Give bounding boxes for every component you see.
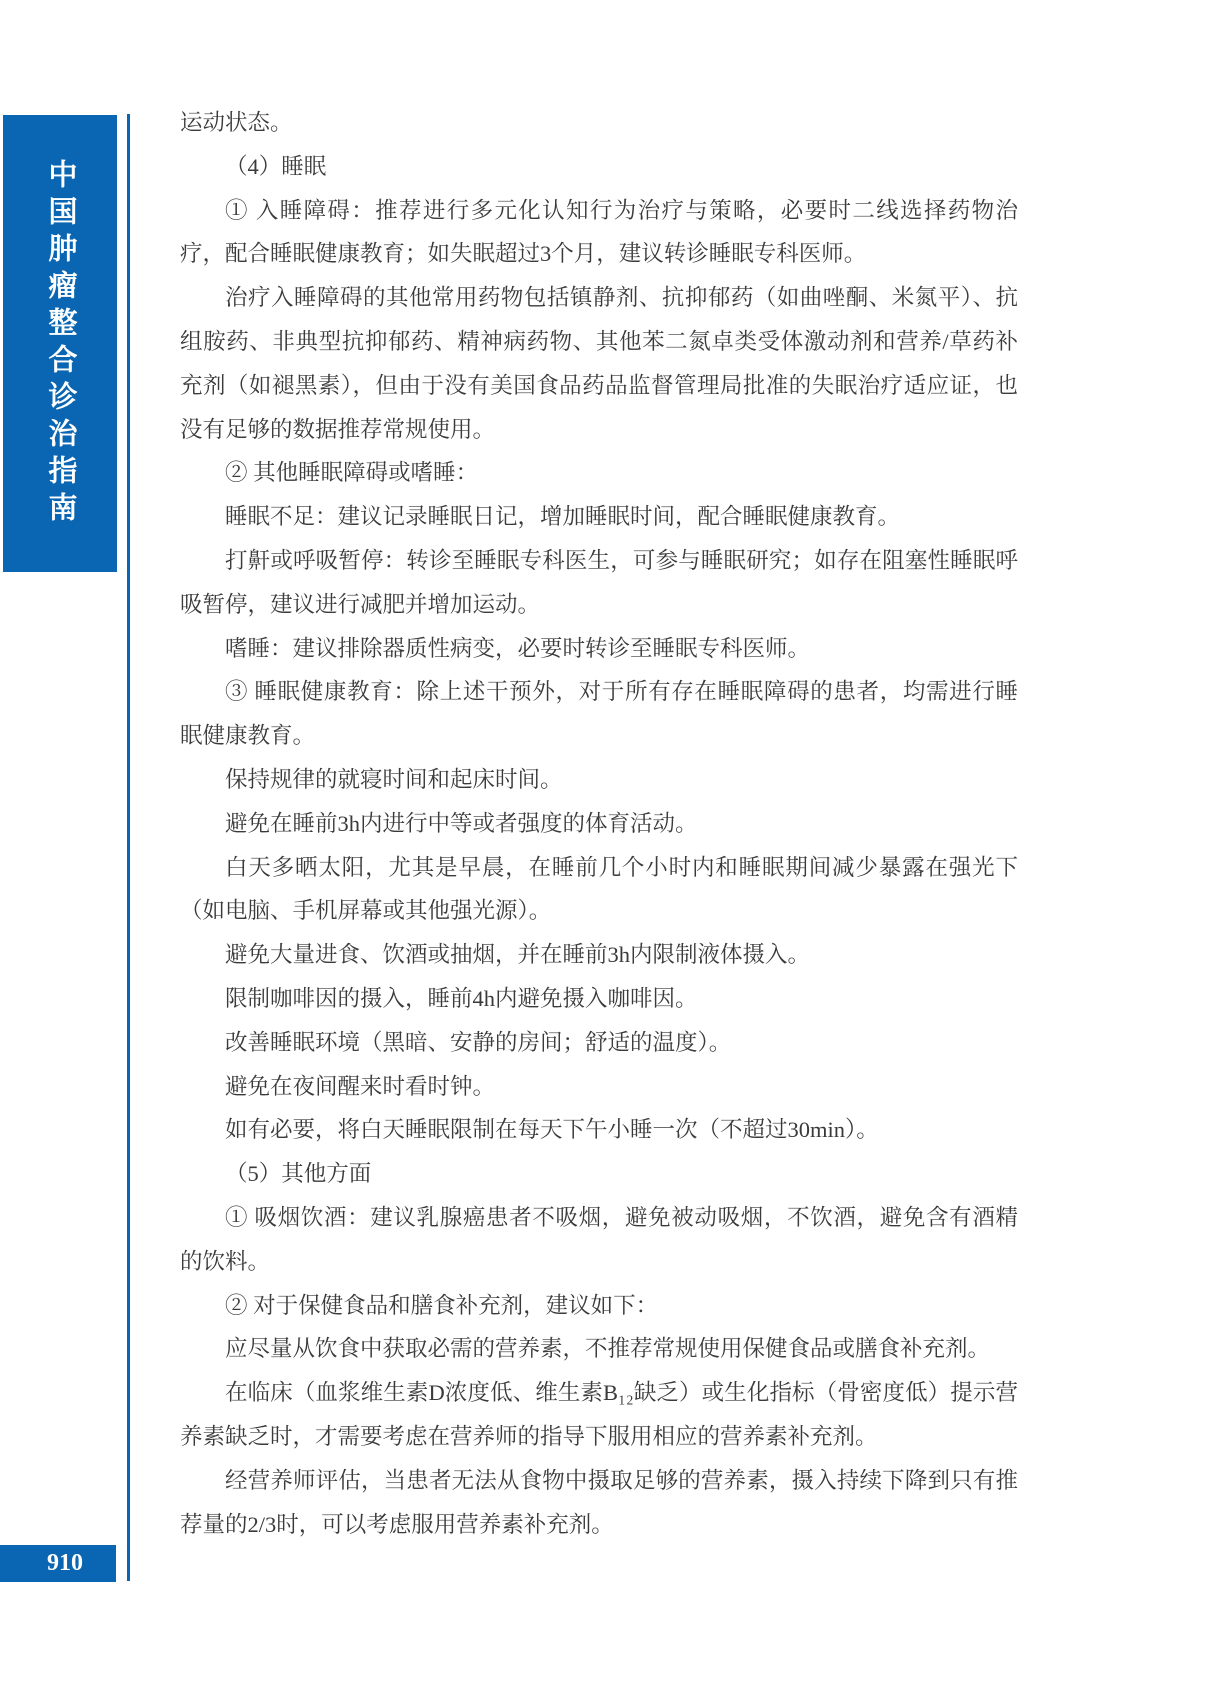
paragraph: 避免在睡前3h内进行中等或者强度的体育活动。 bbox=[180, 802, 1018, 846]
paragraph: 避免大量进食、饮酒或抽烟，并在睡前3h内限制液体摄入。 bbox=[180, 933, 1018, 977]
paragraph: 治疗入睡障碍的其他常用药物包括镇静剂、抗抑郁药（如曲唑酮、米氮平）、抗组胺药、非… bbox=[180, 276, 1018, 451]
paragraph: ① 吸烟饮酒：建议乳腺癌患者不吸烟，避免被动吸烟，不饮酒，避免含有酒精的饮料。 bbox=[180, 1196, 1018, 1284]
paragraph: 应尽量从饮食中获取必需的营养素，不推荐常规使用保健食品或膳食补充剂。 bbox=[180, 1327, 1018, 1371]
paragraph: 限制咖啡因的摄入，睡前4h内避免摄入咖啡因。 bbox=[180, 977, 1018, 1021]
paragraph: 睡眠不足：建议记录睡眠日记，增加睡眠时间，配合睡眠健康教育。 bbox=[180, 495, 1018, 539]
paragraph: （4）睡眠 bbox=[180, 145, 1018, 189]
paragraph: 打鼾或呼吸暂停：转诊至睡眠专科医生，可参与睡眠研究；如存在阻塞性睡眠呼吸暂停，建… bbox=[180, 539, 1018, 627]
paragraph: 避免在夜间醒来时看时钟。 bbox=[180, 1065, 1018, 1109]
page-number-badge: 910 bbox=[0, 1545, 116, 1582]
paragraph: 嗜睡：建议排除器质性病变，必要时转诊至睡眠专科医师。 bbox=[180, 627, 1018, 671]
paragraph: 改善睡眠环境（黑暗、安静的房间；舒适的温度）。 bbox=[180, 1021, 1018, 1065]
paragraph: 白天多晒太阳，尤其是早晨，在睡前几个小时内和睡眠期间减少暴露在强光下（如电脑、手… bbox=[180, 846, 1018, 934]
paragraph: （5）其他方面 bbox=[180, 1152, 1018, 1196]
sidebar-spine: 中国肿瘤整合诊治指南 bbox=[3, 115, 117, 572]
paragraph: 如有必要，将白天睡眠限制在每天下午小睡一次（不超过30min）。 bbox=[180, 1108, 1018, 1152]
paragraph: 运动状态。 bbox=[180, 101, 1018, 145]
body-text: 运动状态。（4）睡眠① 入睡障碍：推荐进行多元化认知行为治疗与策略，必要时二线选… bbox=[180, 101, 1018, 1546]
paragraph: ② 对于保健食品和膳食补充剂，建议如下： bbox=[180, 1284, 1018, 1328]
spine-vertical-title: 中国肿瘤整合诊治指南 bbox=[46, 159, 75, 529]
book-page: 中国肿瘤整合诊治指南 910 运动状态。（4）睡眠① 入睡障碍：推荐进行多元化认… bbox=[0, 0, 1218, 1696]
paragraph: ① 入睡障碍：推荐进行多元化认知行为治疗与策略，必要时二线选择药物治疗，配合睡眠… bbox=[180, 189, 1018, 277]
paragraph: ② 其他睡眠障碍或嗜睡： bbox=[180, 451, 1018, 495]
vertical-divider-rule bbox=[127, 114, 130, 1581]
paragraph: 保持规律的就寝时间和起床时间。 bbox=[180, 758, 1018, 802]
paragraph: ③ 睡眠健康教育：除上述干预外，对于所有存在睡眠障碍的患者，均需进行睡眠健康教育… bbox=[180, 670, 1018, 758]
paragraph: 经营养师评估，当患者无法从食物中摄取足够的营养素，摄入持续下降到只有推荐量的2/… bbox=[180, 1459, 1018, 1547]
paragraph: 在临床（血浆维生素D浓度低、维生素B₁₂缺乏）或生化指标（骨密度低）提示营养素缺… bbox=[180, 1371, 1018, 1459]
